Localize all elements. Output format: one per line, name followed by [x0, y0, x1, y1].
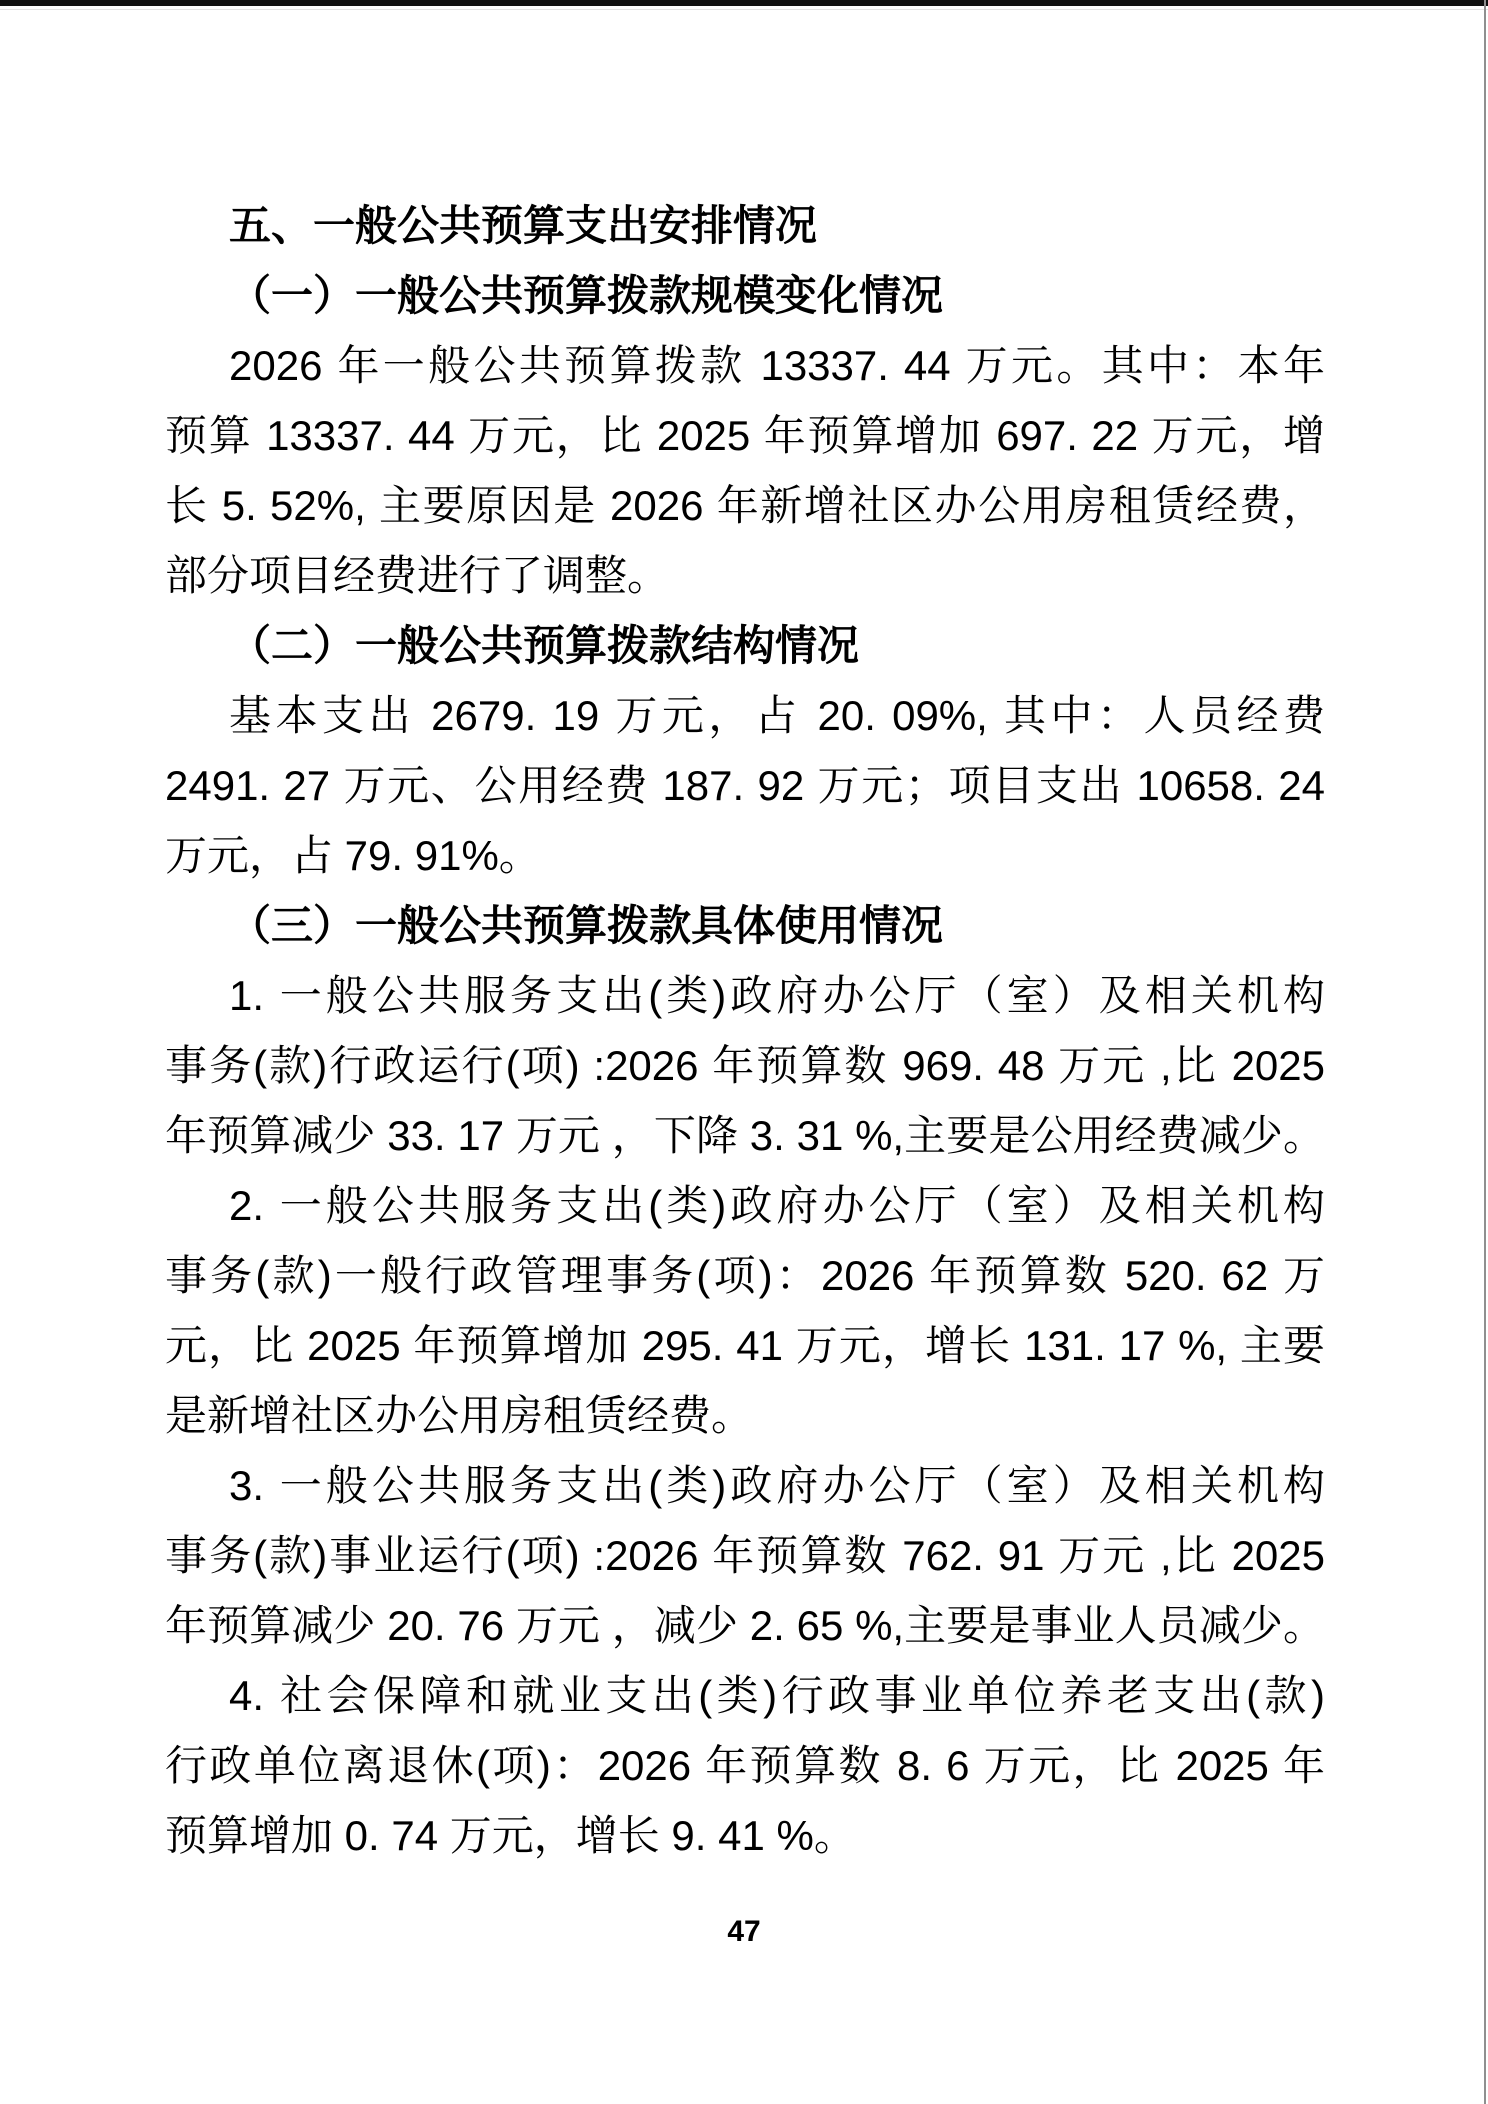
text-line: 预算 13337. 44 万元，比 2025 年预算增加 697. 22 万元，… — [165, 401, 1325, 471]
text-line: 基本支出 2679. 19 万元，占 20. 09%, 其中：人员经费 — [165, 681, 1325, 751]
page-top-edge-line — [0, 0, 1488, 6]
text-line: 事务(款)行政运行(项) :2026 年预算数 969. 48 万元 ,比 20… — [165, 1031, 1325, 1101]
text-line: 年预算减少 33. 17 万元 ，下降 3. 31 %,主要是公用经费减少。 — [165, 1101, 1325, 1171]
page-top-edge-shadow — [0, 9, 1488, 10]
text-line: 元，比 2025 年预算增加 295. 41 万元，增长 131. 17 %, … — [165, 1311, 1325, 1381]
text-line: 行政单位离退休(项)：2026 年预算数 8. 6 万元，比 2025 年 — [165, 1731, 1325, 1801]
document-page: 五、一般公共预算支出安排情况 （一）一般公共预算拨款规模变化情况 2026 年一… — [0, 0, 1488, 2104]
text-line: 事务(款)事业运行(项) :2026 年预算数 762. 91 万元 ,比 20… — [165, 1521, 1325, 1591]
document-body: 五、一般公共预算支出安排情况 （一）一般公共预算拨款规模变化情况 2026 年一… — [165, 191, 1325, 1871]
text-line: 长 5. 52%, 主要原因是 2026 年新增社区办公用房租赁经费， — [165, 471, 1325, 541]
list-item-3-line: 3. 一般公共服务支出(类)政府办公厅（室）及相关机构 — [165, 1451, 1325, 1521]
text-line: 2491. 27 万元、公用经费 187. 92 万元；项目支出 10658. … — [165, 751, 1325, 821]
section-heading: 五、一般公共预算支出安排情况 — [165, 191, 1325, 261]
subsection-heading-2: （二）一般公共预算拨款结构情况 — [165, 611, 1325, 681]
text-line: 部分项目经费进行了调整。 — [165, 541, 1325, 611]
list-item-4-line: 4. 社会保障和就业支出(类)行政事业单位养老支出(款) — [165, 1661, 1325, 1731]
text-line: 预算增加 0. 74 万元，增长 9. 41 %。 — [165, 1801, 1325, 1871]
list-item-1-line: 1. 一般公共服务支出(类)政府办公厅（室）及相关机构 — [165, 961, 1325, 1031]
subsection-heading-3: （三）一般公共预算拨款具体使用情况 — [165, 891, 1325, 961]
text-line: 是新增社区办公用房租赁经费。 — [165, 1381, 1325, 1451]
page-number: 47 — [0, 1912, 1488, 1952]
list-item-2-line: 2. 一般公共服务支出(类)政府办公厅（室）及相关机构 — [165, 1171, 1325, 1241]
subsection-heading-1: （一）一般公共预算拨款规模变化情况 — [165, 261, 1325, 331]
text-line: 2026 年一般公共预算拨款 13337. 44 万元。其中：本年 — [165, 331, 1325, 401]
text-line: 年预算减少 20. 76 万元 ，减少 2. 65 %,主要是事业人员减少。 — [165, 1591, 1325, 1661]
page-right-edge-line — [1484, 0, 1486, 2104]
text-line: 万元，占 79. 91%。 — [165, 821, 1325, 891]
text-line: 事务(款)一般行政管理事务(项)：2026 年预算数 520. 62 万 — [165, 1241, 1325, 1311]
